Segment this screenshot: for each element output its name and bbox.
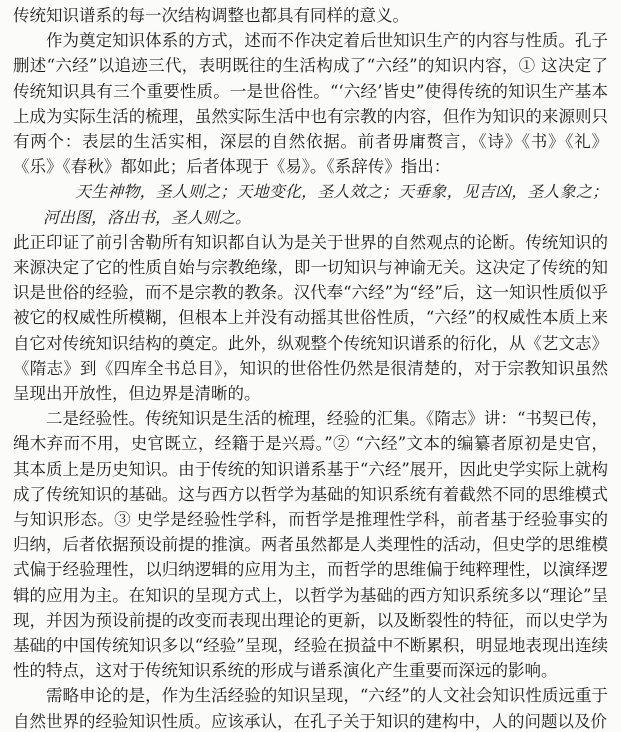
scanned-book-page: 传统知识谱系的每一次结构调整也都具有同样的意义。作为奠定知识体系的方式，述而不作… — [0, 0, 621, 732]
paragraph: 此正印证了前引舍勒所有知识都自认为是关于世界的自然观点的论断。传统知识的来源决定… — [13, 230, 608, 406]
block-quote: 天生神物，圣人则之；天地变化，圣人效之；天垂象，见吉凶，圣人象之；河出图，洛出书… — [43, 179, 608, 229]
paragraph: 需略申论的是，作为生活经验的知识呈现，“六经”的人文社会知识性质远重于自然世界的… — [13, 683, 608, 732]
paragraph: 传统知识谱系的每一次结构调整也都具有同样的意义。 — [13, 3, 608, 28]
paragraph: 作为奠定知识体系的方式，述而不作决定着后世知识生产的内容与性质。孔子删述“六经”… — [13, 28, 608, 179]
document-body: 传统知识谱系的每一次结构调整也都具有同样的意义。作为奠定知识体系的方式，述而不作… — [0, 0, 621, 732]
paragraph: 二是经验性。传统知识是生活的梳理，经验的汇集。《隋志》讲：“书契已传，绳木弃而不… — [13, 406, 608, 683]
